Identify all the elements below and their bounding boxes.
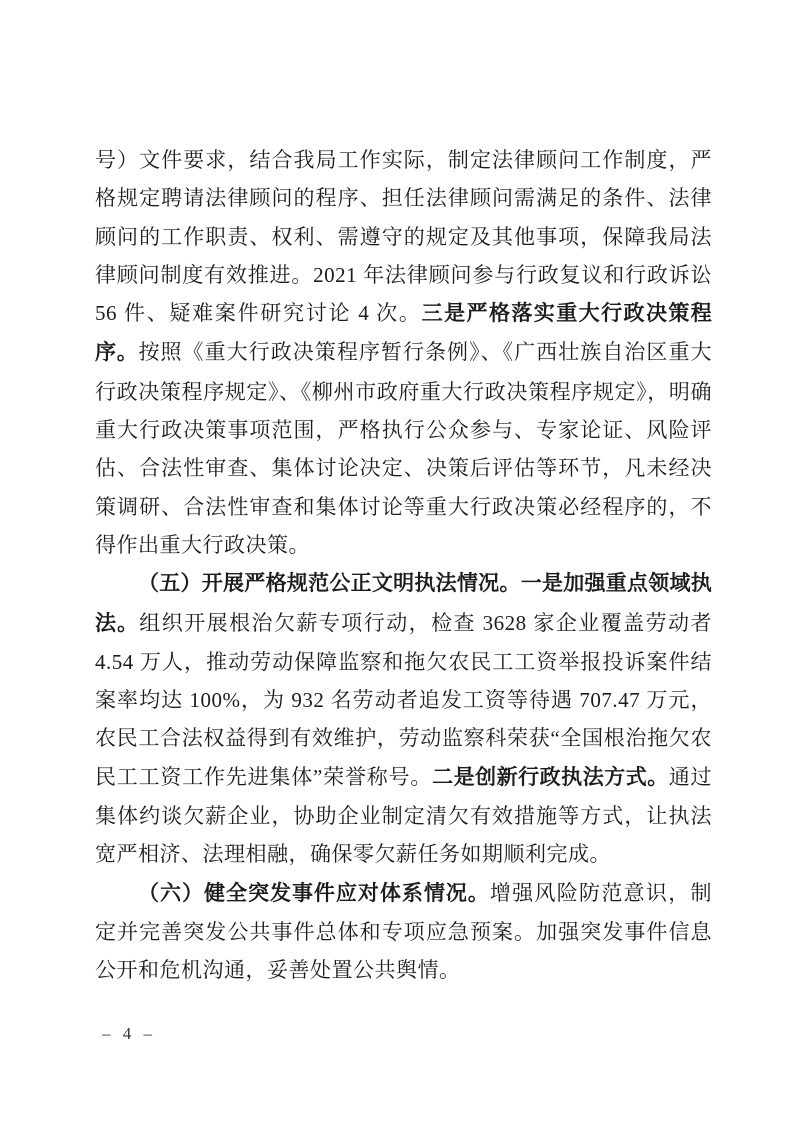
bold-heading-run-section-six: （六）健全突发事件应对体系情况。 — [138, 882, 490, 905]
document-page: 号）文件要求，结合我局工作实际，制定法律顾问工作制度，严格规定聘请法律顾问的程序… — [0, 0, 800, 1131]
text-run: 号）文件要求，结合我局工作实际，制定法律顾问工作制度，严格规定聘请法律顾问的程序… — [95, 148, 712, 325]
text-run: 组织开展根治欠薪专项行动，检查 3628 家企业覆盖劳动者 4.54 万人，推动… — [95, 611, 712, 789]
page-number: – 4 – — [102, 1024, 156, 1044]
paragraph-legal-advisor-and-decision-procedure: 号）文件要求，结合我局工作实际，制定法律顾问工作制度，严格规定聘请法律顾问的程序… — [95, 141, 712, 564]
bold-heading-run-second-item: 二是创新行政执法方式。 — [432, 766, 669, 789]
paragraph-section-five-law-enforcement: （五）开展严格规范公正文明执法情况。一是加强重点领域执法。组织开展根治欠薪专项行… — [95, 564, 712, 873]
paragraph-section-six-emergency-response: （六）健全突发事件应对体系情况。增强风险防范意识，制定并完善突发公共事件总体和专… — [95, 874, 712, 990]
document-body: 号）文件要求，结合我局工作实际，制定法律顾问工作制度，严格规定聘请法律顾问的程序… — [95, 141, 712, 990]
text-run: 按照《重大行政决策程序暂行条例》、《广西壮族自治区重大行政决策程序规定》、《柳州… — [95, 340, 712, 556]
